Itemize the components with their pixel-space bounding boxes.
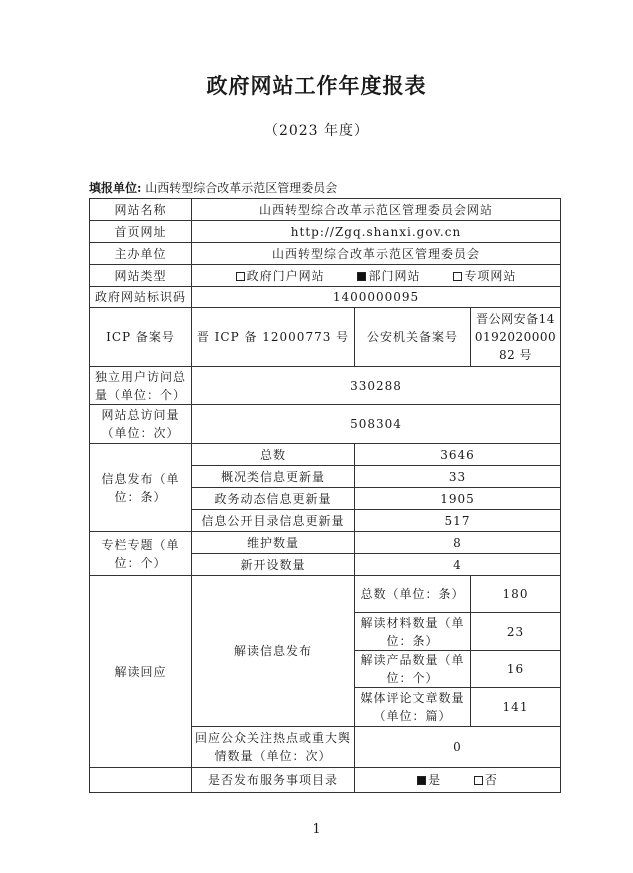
- option-no[interactable]: 否: [474, 773, 498, 787]
- checkbox-checked-icon: [357, 272, 366, 281]
- option-yes[interactable]: 是: [417, 773, 441, 787]
- row-sponsor: 主办单位 山西转型综合改革示范区管理委员会: [90, 243, 561, 265]
- label-info-publish: 信息发布（单位：条）: [90, 444, 192, 532]
- value-interp-response: 0: [355, 727, 561, 768]
- value-column-item: 8: [355, 532, 561, 554]
- row-site-id: 政府网站标识码 1400000095: [90, 287, 561, 308]
- value-police-record: 晋公网安备14019202000082 号: [471, 308, 561, 367]
- label-interp-item: 解读材料数量（单位：条）: [355, 613, 471, 651]
- label-interp-item: 解读产品数量（单位：个）: [355, 651, 471, 688]
- option-department[interactable]: 部门网站: [357, 269, 420, 283]
- blank-cell: [90, 768, 192, 793]
- row-site-name: 网站名称 山西转型综合改革示范区管理委员会网站: [90, 199, 561, 221]
- label-total-visits: 网站总访问量（单位：次）: [90, 405, 192, 444]
- reporting-unit-label: 填报单位:: [89, 181, 141, 195]
- reporting-unit: 填报单位: 山西转型综合改革示范区管理委员会: [89, 179, 337, 196]
- value-site-name: 山西转型综合改革示范区管理委员会网站: [192, 199, 561, 221]
- site-type-options: 政府门户网站 部门网站 专项网站: [192, 265, 561, 287]
- row-site-type: 网站类型 政府门户网站 部门网站 专项网站: [90, 265, 561, 287]
- value-interp-item: 16: [471, 651, 561, 688]
- label-homepage: 首页网址: [90, 221, 192, 243]
- row-info-total: 信息发布（单位：条） 总数 3646: [90, 444, 561, 466]
- label-police-record: 公安机关备案号: [355, 308, 471, 367]
- checkbox-unchecked-icon: [474, 776, 483, 785]
- label-sponsor: 主办单位: [90, 243, 192, 265]
- value-total-visits: 508304: [192, 405, 561, 444]
- label-columns: 专栏专题（单位：个）: [90, 532, 192, 576]
- checkbox-unchecked-icon: [236, 272, 245, 281]
- label-interp-response: 回应公众关注热点或重大舆情数量（单位：次）: [192, 727, 355, 768]
- page-number: 1: [0, 822, 633, 837]
- label-interp-item: 媒体评论文章数量（单位：篇）: [355, 688, 471, 727]
- label-icp: ICP 备案号: [90, 308, 192, 367]
- label-info-item: 概况类信息更新量: [192, 466, 355, 488]
- row-total-visits: 网站总访问量（单位：次） 508304: [90, 405, 561, 444]
- label-site-type: 网站类型: [90, 265, 192, 287]
- row-service-catalog: 是否发布服务事项目录 是 否: [90, 768, 561, 793]
- value-column-item: 4: [355, 554, 561, 576]
- page-title: 政府网站工作年度报表: [0, 70, 633, 100]
- value-unique-visitors: 330288: [192, 367, 561, 405]
- label-site-name: 网站名称: [90, 199, 192, 221]
- value-icp: 晋 ICP 备 12000773 号: [192, 308, 355, 367]
- checkbox-checked-icon: [417, 776, 426, 785]
- value-info-item: 517: [355, 510, 561, 532]
- label-column-item: 新开设数量: [192, 554, 355, 576]
- label-unique-visitors: 独立用户访问总量（单位：个）: [90, 367, 192, 405]
- value-interp-item: 180: [471, 576, 561, 613]
- label-info-item: 总数: [192, 444, 355, 466]
- label-info-item: 政务动态信息更新量: [192, 488, 355, 510]
- reporting-unit-value: 山西转型综合改革示范区管理委员会: [145, 181, 337, 195]
- row-homepage: 首页网址 http://Zgq.shanxi.gov.cn: [90, 221, 561, 243]
- label-service-catalog: 是否发布服务事项目录: [192, 768, 355, 793]
- row-unique-visitors: 独立用户访问总量（单位：个） 330288: [90, 367, 561, 405]
- row-columns-maintained: 专栏专题（单位：个） 维护数量 8: [90, 532, 561, 554]
- label-interpretation: 解读回应: [90, 576, 192, 768]
- value-interp-item: 23: [471, 613, 561, 651]
- checkbox-unchecked-icon: [453, 272, 462, 281]
- option-special[interactable]: 专项网站: [453, 269, 516, 283]
- row-icp: ICP 备案号 晋 ICP 备 12000773 号 公安机关备案号 晋公网安备…: [90, 308, 561, 367]
- value-sponsor: 山西转型综合改革示范区管理委员会: [192, 243, 561, 265]
- value-site-id: 1400000095: [192, 287, 561, 308]
- label-interp-item: 总数（单位：条）: [355, 576, 471, 613]
- service-catalog-options: 是 否: [355, 768, 561, 793]
- label-site-id: 政府网站标识码: [90, 287, 192, 308]
- report-year: （2023 年度）: [0, 120, 633, 140]
- value-info-item: 1905: [355, 488, 561, 510]
- value-homepage[interactable]: http://Zgq.shanxi.gov.cn: [192, 221, 561, 243]
- label-interp-publish: 解读信息发布: [192, 576, 355, 727]
- value-info-item: 3646: [355, 444, 561, 466]
- option-portal[interactable]: 政府门户网站: [236, 269, 325, 283]
- value-interp-item: 141: [471, 688, 561, 727]
- row-interp-total: 解读回应 解读信息发布 总数（单位：条） 180: [90, 576, 561, 613]
- value-info-item: 33: [355, 466, 561, 488]
- label-info-item: 信息公开目录信息更新量: [192, 510, 355, 532]
- label-column-item: 维护数量: [192, 532, 355, 554]
- report-table: 网站名称 山西转型综合改革示范区管理委员会网站 首页网址 http://Zgq.…: [89, 198, 561, 793]
